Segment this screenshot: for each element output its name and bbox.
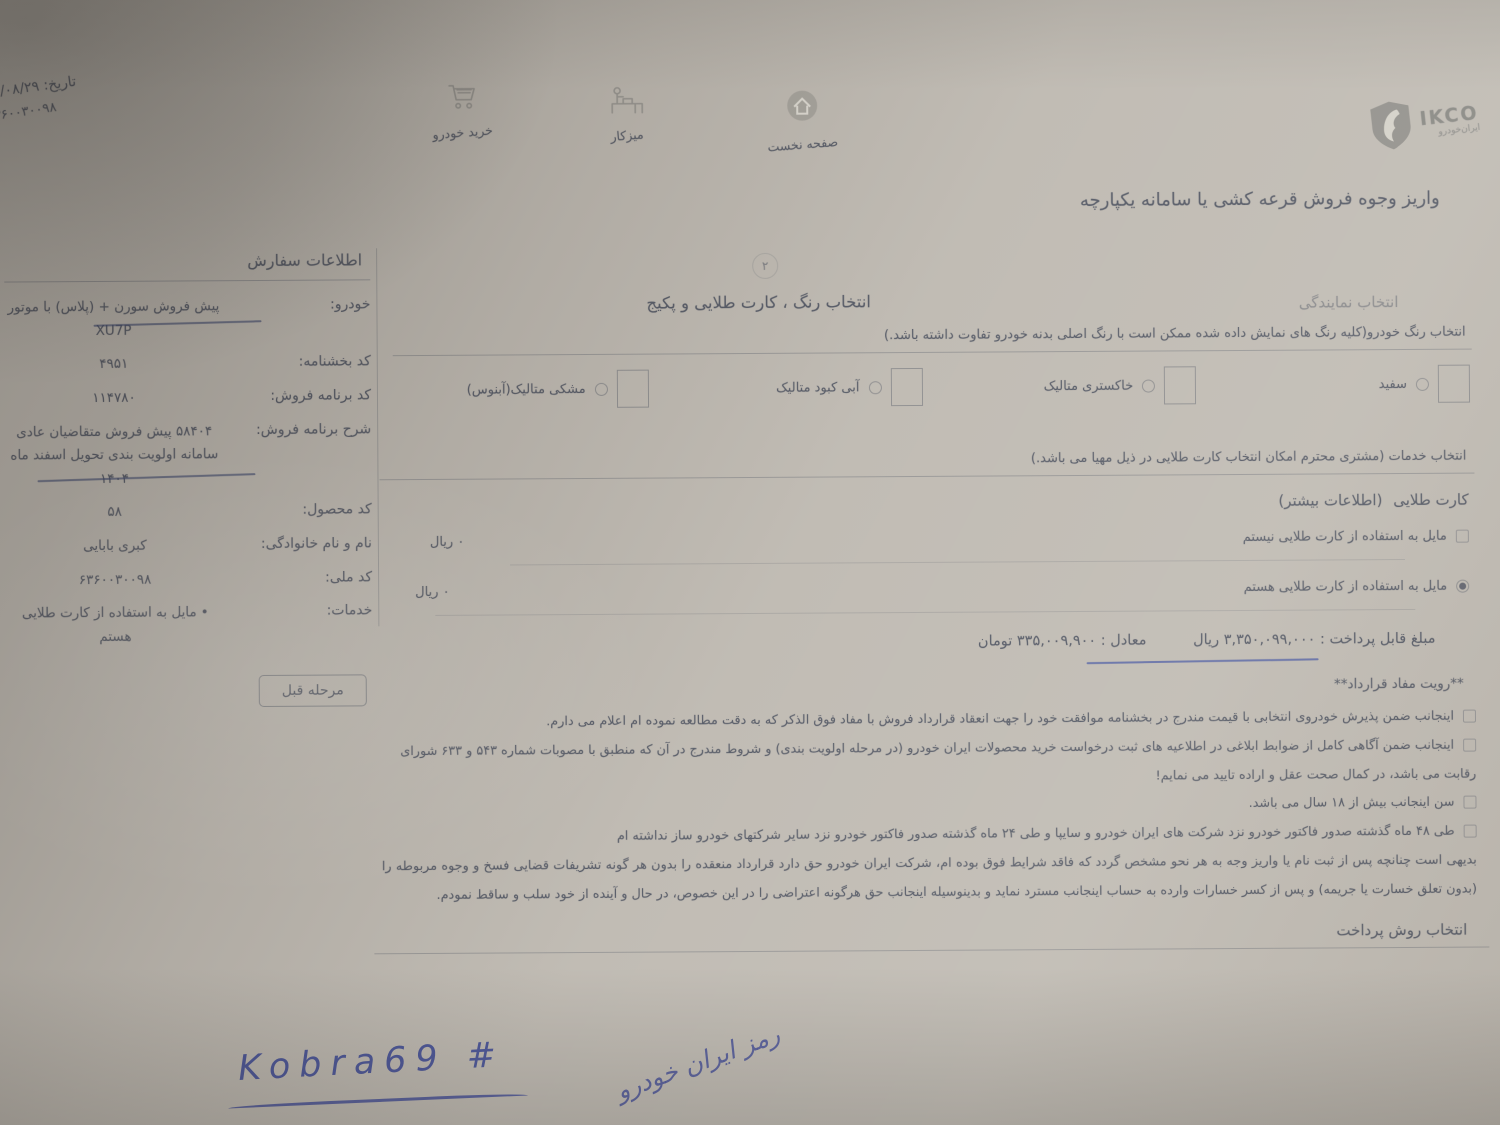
main-form: انتخاب نمایندگی ۲ انتخاب رنگ ، کارت طلای… <box>378 241 1473 248</box>
pen-underline-toman <box>1087 658 1319 664</box>
field-national-id-value: ۶۳۶۰۰۳۰۰۹۸ <box>6 568 224 593</box>
color-swatch-blue <box>890 368 922 406</box>
field-circular-code-label: کد بخشنامه: <box>223 352 371 371</box>
step-number-badge: ۲ <box>752 253 778 279</box>
color-swatch-white <box>1438 365 1470 403</box>
cart-icon <box>407 81 517 116</box>
radio-black[interactable] <box>595 382 608 395</box>
divider <box>435 609 1415 616</box>
step-agency-tab[interactable]: انتخاب نمایندگی <box>1299 293 1399 312</box>
field-services-value: •مایل به استفاده از کارت طلایی هستم <box>6 601 224 650</box>
field-sales-plan-code-value: ۱۱۴۷۸۰ <box>5 386 223 411</box>
nav-desk-label: میزکار <box>610 127 644 144</box>
payment-method-heading: انتخاب روش پرداخت <box>1336 921 1467 940</box>
field-sales-plan-code-label: کد برنامه فروش: <box>223 385 371 404</box>
gold-card-option-no[interactable]: مایل به استفاده از کارت طلایی نیستم <box>1243 529 1469 545</box>
gold-card-yes-amount: ۰ ریال <box>415 585 450 600</box>
sidebar-divider <box>376 248 379 626</box>
ikco-shield-icon <box>1367 97 1417 158</box>
order-info-panel: اطلاعات سفارش خودرو: پیش فروش سورن + (پل… <box>4 250 373 708</box>
checkbox-accept-rules[interactable] <box>1463 738 1476 751</box>
field-fullname-value: کبری بابایی <box>6 534 224 559</box>
national-code-text: ۶۳۶۰۰۳۰۰۹۸ ▼ <box>0 97 80 127</box>
color-option-black-metallic[interactable]: مشکی متالیک(آبنوس) <box>379 370 653 410</box>
color-label-black: مشکی متالیک(آبنوس) <box>467 382 586 398</box>
gold-card-no-label: مایل به استفاده از کارت طلایی نیستم <box>1243 529 1447 545</box>
radio-blue[interactable] <box>868 381 881 394</box>
nav-home-label: صفحه نخست <box>767 134 839 154</box>
field-fullname-label: نام و نام خانوادگی: <box>224 533 372 552</box>
field-services: خدمات: •مایل به استفاده از کارت طلایی هس… <box>6 601 372 650</box>
gold-card-no-amount: ۰ ریال <box>430 535 465 550</box>
page-title: واریز وجوه فروش قرعه کشی یا سامانه یکپار… <box>1080 188 1440 211</box>
radio-gold-card-no[interactable] <box>1456 530 1469 543</box>
order-info-header: اطلاعات سفارش <box>4 250 370 281</box>
gold-card-title-text: کارت طلایی <box>1393 491 1469 509</box>
previous-step-button[interactable]: مرحله قبل <box>259 674 367 707</box>
radio-white[interactable] <box>1416 377 1429 390</box>
contract-terms: اینجانب ضمن پذیرش خودروی انتخابی با قیمت… <box>381 703 1477 911</box>
payable-amount-toman: معادل : ۳۳۵,۰۰۹,۹۰۰ تومان <box>978 633 1147 650</box>
contract-heading: **رویت مفاد قرارداد** <box>1334 676 1464 693</box>
contract-item-2: اینجانب ضمن آگاهی کامل از ضوابط ابلاغی د… <box>381 731 1476 795</box>
color-label-white: سفید <box>1379 376 1407 391</box>
field-car: خودرو: پیش فروش سورن + (پلاس) با موتور X… <box>4 294 370 343</box>
divider <box>393 349 1472 357</box>
field-product-code: کد محصول: ۵۸ <box>6 500 372 526</box>
nav-buy-car[interactable]: خرید خودرو <box>407 81 517 141</box>
color-option-gray-metallic[interactable]: خاکستری متالیک <box>926 366 1200 406</box>
field-national-id: کد ملی: ۶۳۶۰۰۳۰۰۹۸ <box>6 567 372 593</box>
color-label-blue: آبی کبود متالیک <box>776 380 859 396</box>
field-sales-plan-desc: شرح برنامه فروش: ۵۸۴۰۴ پیش فروش متقاضیان… <box>5 419 371 492</box>
field-sales-plan-desc-label: شرح برنامه فروش: <box>223 419 371 438</box>
field-product-code-value: ۵۸ <box>6 501 224 526</box>
gold-card-more-link[interactable]: (اطلاعات بیشتر) <box>1278 491 1382 510</box>
ikco-logo: IKCO ایران‌خودرو <box>1367 90 1483 158</box>
printed-page: تاریخ: ۱۴۰۴/۰۸/۲۹ ۶۳۶۰۰۳۰۰۹۸ ▼ خرید خودر… <box>0 0 1500 1125</box>
field-services-label: خدمات: <box>224 601 372 620</box>
field-fullname: نام و نام خانوادگی: کبری بابایی <box>6 533 372 559</box>
checkbox-age-over-18[interactable] <box>1463 796 1476 809</box>
nav-home[interactable]: صفحه نخست <box>747 87 857 153</box>
field-car-label: خودرو: <box>222 294 370 313</box>
bullet-icon: • <box>201 605 209 621</box>
divider <box>379 473 1474 481</box>
divider <box>510 559 1405 565</box>
field-circular-code: کد بخشنامه: ۴۹۵۱ <box>5 352 371 378</box>
nav-desk[interactable]: میزکار <box>572 84 682 144</box>
checkbox-accept-price[interactable] <box>1463 710 1476 723</box>
home-icon <box>747 87 857 128</box>
color-swatch-gray <box>1164 366 1196 404</box>
step-current-title: انتخاب رنگ ، کارت طلایی و پکیج <box>646 292 871 312</box>
services-section-heading: انتخاب خدمات (مشتری محترم امکان انتخاب ک… <box>1031 449 1467 467</box>
contract-paragraph: بدیهی است چنانچه پس از ثبت نام یا واریز … <box>382 846 1477 910</box>
radio-gray[interactable] <box>1142 379 1155 392</box>
nav-buy-car-label: خرید خودرو <box>432 122 493 142</box>
color-label-gray: خاکستری متالیک <box>1044 378 1134 394</box>
desk-icon <box>572 84 682 119</box>
gold-card-option-yes[interactable]: مایل به استفاده از کارت طلایی هستم <box>1244 579 1470 595</box>
radio-gold-card-yes[interactable] <box>1456 580 1469 593</box>
color-option-blue-metallic[interactable]: آبی کبود متالیک <box>653 368 927 408</box>
checkbox-no-recent-invoice[interactable] <box>1464 825 1477 838</box>
field-car-value: پیش فروش سورن + (پلاس) با موتور XU7P <box>4 295 222 344</box>
field-circular-code-value: ۴۹۵۱ <box>5 352 223 377</box>
color-section-heading: انتخاب رنگ خودرو(کلیه رنگ های نمایش داده… <box>884 325 1466 344</box>
gold-card-title: کارت طلایی (اطلاعات بیشتر) <box>1278 491 1468 510</box>
payable-amount-rial: مبلغ قابل پرداخت : ۳,۳۵۰,۰۹۹,۰۰۰ ریال <box>1193 631 1435 648</box>
payable-amount-line: مبلغ قابل پرداخت : ۳,۳۵۰,۰۹۹,۰۰۰ ریال مع… <box>978 631 1436 650</box>
color-swatch-black <box>617 370 649 408</box>
field-national-id-label: کد ملی: <box>224 567 372 586</box>
field-sales-plan-code: کد برنامه فروش: ۱۱۴۷۸۰ <box>5 385 371 411</box>
field-sales-plan-desc-value: ۵۸۴۰۴ پیش فروش متقاضیان عادی سامانه اولو… <box>5 420 223 492</box>
color-option-white[interactable]: سفید <box>1200 365 1474 405</box>
field-product-code-label: کد محصول: <box>224 500 372 519</box>
divider <box>374 946 1489 954</box>
date-block: تاریخ: ۱۴۰۴/۰۸/۲۹ ۶۳۶۰۰۳۰۰۹۸ ▼ <box>0 74 80 126</box>
gold-card-yes-label: مایل به استفاده از کارت طلایی هستم <box>1244 579 1448 595</box>
color-options-row: سفید خاکستری متالیک آبی کبود متالیک مشکی… <box>379 365 1474 410</box>
